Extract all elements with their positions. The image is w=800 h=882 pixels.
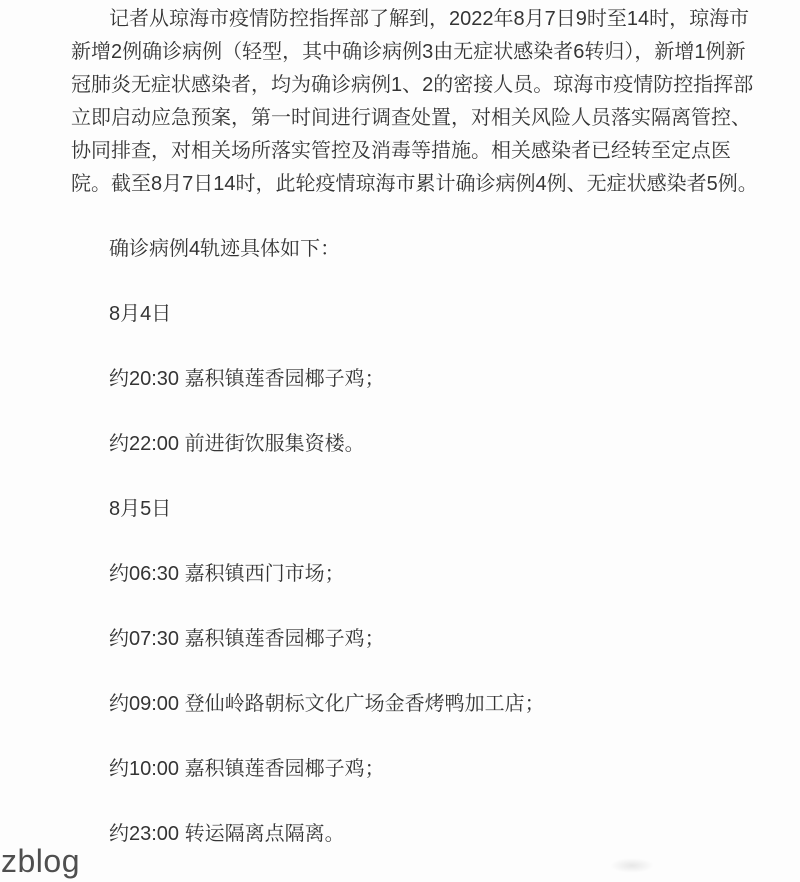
article-page: 记者从琼海市疫情防控指挥部了解到，2022年8月7日9时至14时，琼海市 新增2…: [0, 0, 800, 851]
timeline-entry: 约06:30 嘉积镇西门市场；: [71, 558, 762, 591]
timeline-entry: 约09:00 登仙岭路朝标文化广场金香烤鸭加工店；: [71, 688, 762, 721]
timeline-entry: 约23:00 转运隔离点隔离。: [71, 818, 762, 851]
intro-line: 新增2例确诊病例（轻型，其中确诊病例3由无症状感染者6转归），新增1例新: [71, 36, 762, 69]
date-heading: 8月4日: [71, 298, 762, 331]
timeline-entry: 约10:00 嘉积镇莲香园椰子鸡；: [71, 753, 762, 786]
intro-line: 院。截至8月7日14时，此轮疫情琼海市累计确诊病例4例、无症状感染者5例。: [71, 168, 762, 201]
intro-line: 协同排查，对相关场所落实管控及消毒等措施。相关感染者已经转至定点医: [71, 135, 762, 168]
timeline-entry: 约07:30 嘉积镇莲香园椰子鸡；: [71, 623, 762, 656]
intro-line: 记者从琼海市疫情防控指挥部了解到，2022年8月7日9时至14时，琼海市: [71, 3, 762, 36]
trajectory-heading: 确诊病例4轨迹具体如下：: [71, 233, 762, 266]
timeline-entry: 约22:00 前进街饮服集资楼。: [71, 428, 762, 461]
intro-line: 立即启动应急预案，第一时间进行调查处置，对相关风险人员落实隔离管控、: [71, 102, 762, 135]
timeline-entry: 约20:30 嘉积镇莲香园椰子鸡；: [71, 363, 762, 396]
date-heading: 8月5日: [71, 493, 762, 526]
intro-line: 冠肺炎无症状感染者，均为确诊病例1、2的密接人员。琼海市疫情防控指挥部: [71, 69, 762, 102]
zblog-watermark: zblog: [1, 843, 80, 880]
timeline-day-aug5: 8月5日 约06:30 嘉积镇西门市场； 约07:30 嘉积镇莲香园椰子鸡； 约…: [71, 493, 762, 851]
intro-paragraph: 记者从琼海市疫情防控指挥部了解到，2022年8月7日9时至14时，琼海市 新增2…: [71, 3, 762, 201]
faint-smudge: [610, 858, 654, 873]
timeline-day-aug4: 8月4日 约20:30 嘉积镇莲香园椰子鸡； 约22:00 前进街饮服集资楼。: [71, 298, 762, 461]
